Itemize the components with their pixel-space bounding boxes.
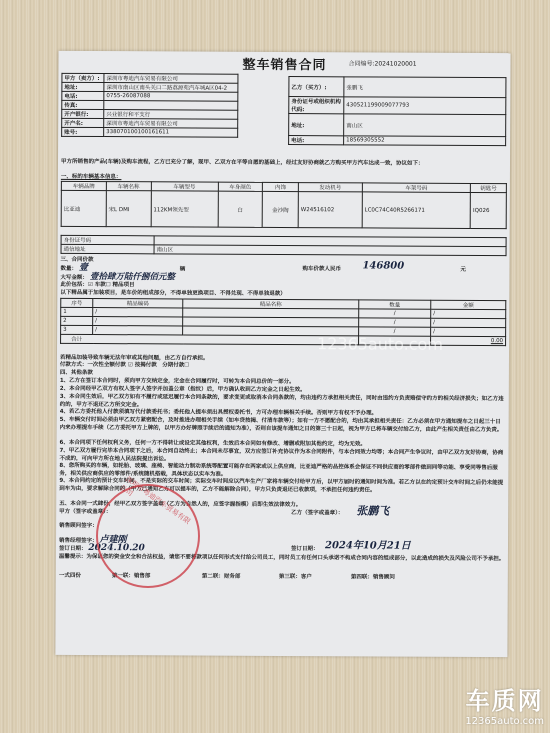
price-value: 146800 <box>362 262 404 270</box>
id-address-table: 身份证号码 通信地址南山区 <box>61 235 507 256</box>
seller-name: 深圳市粤迪汽车贸易有限公司 <box>104 74 238 84</box>
vin: LC0C74C40R5266171 <box>362 192 471 229</box>
buyer-sign-date: 2024年10月21日 <box>325 542 411 550</box>
seller-info-table: 甲方（卖方）:深圳市粤迪汽车贸易有限公司 地址:深圳市南山区南头关口二路荔源苑汽… <box>61 73 238 138</box>
vehicle-table: 车辆品牌 车辆名称 车辆型号 车身颜色 内饰 发动机号 车架号码 钥匙号 比亚迪… <box>61 181 507 229</box>
key-no: IQ026 <box>470 192 506 228</box>
seller-account-name: 深圳市粤迪汽车贸易有限公司 <box>104 119 238 129</box>
watermark-center: 12365auto.com <box>317 334 443 354</box>
quantity-value: 壹 <box>79 263 88 273</box>
vehicle-model: 112KM领先型 <box>151 191 218 227</box>
vehicle-name: 宋L DMI <box>106 191 151 227</box>
vehicle-color: 白 <box>218 191 263 227</box>
vehicle-row: 比亚迪 宋L DMI 112KM领先型 白 金沙陶 W24516102 LC0C… <box>61 190 506 228</box>
intro-text: 甲方所销售的产品(车辆)及购车流程，乙方已充分了解，现甲、乙双方在平等自愿的基础… <box>61 159 507 169</box>
buyer-signature: 张鹏飞 <box>356 507 389 515</box>
amount-in-words: 壹拾肆万陆仟捌佰元整 <box>90 272 175 282</box>
vehicle-brand: 比亚迪 <box>61 190 106 226</box>
seller-account-no: 338070100100161611 <box>104 128 238 138</box>
seller-address: 深圳市南山区南头关口二路荔源苑汽车城A区04-2 <box>104 83 238 93</box>
clause-5: 5、车辆交付时间必须由甲乙双方紧密配合，及时推进办理相关手续（如车贷按揭、付清车… <box>60 417 506 434</box>
engine-no: W24516102 <box>298 192 362 228</box>
contract-number: 合同编号:20241020001 <box>349 58 417 67</box>
company-seal: 深圳市粤迪汽车贸易有限公司 <box>96 484 200 588</box>
buyer-id: 430521199009077793 <box>344 97 506 115</box>
buyer-phone: 18569305552 <box>344 136 506 146</box>
document-title: 整车销售合同 <box>58 53 510 74</box>
watermark-logo: 车质网 12365auto.com <box>465 681 544 727</box>
vehicle-interior: 金沙陶 <box>262 191 298 227</box>
buyer-name: 张鹏飞 <box>344 77 506 98</box>
seller-bank: 兴业银行和平支行 <box>104 110 238 120</box>
buyer-info-table: 乙方（买方）:张鹏飞 身份证号或组织机构代码:43052119900907779… <box>288 76 506 146</box>
buyer-address: 南山区 <box>344 114 506 137</box>
